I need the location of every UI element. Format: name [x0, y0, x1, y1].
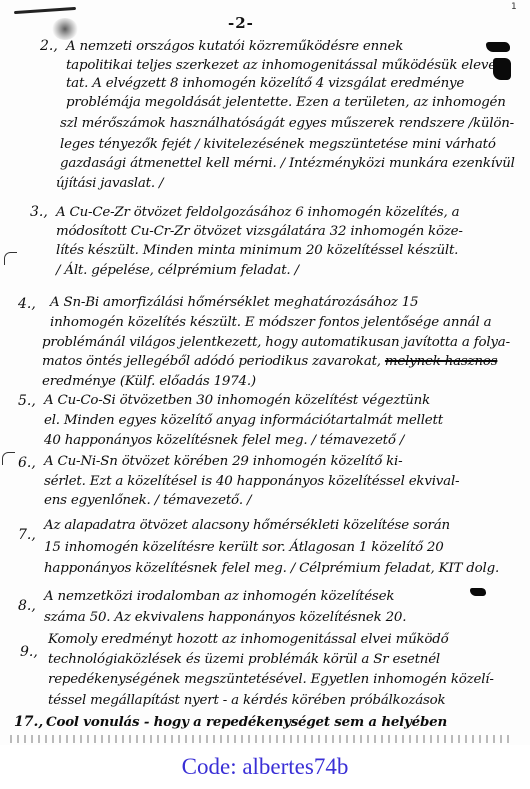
- text-line: A Sn-Bi amorfizálási hőmérséklet meghatá…: [50, 295, 418, 310]
- ink-blot: [493, 58, 511, 80]
- text-line: A Cu-Ce-Zr ötvözet feldolgozásához 6 inh…: [56, 205, 459, 220]
- item-number: 2.,: [40, 38, 58, 54]
- text-line: szl mérőszámok használhatóságát egyes mű…: [60, 116, 514, 131]
- text-line: Az alapadatra ötvözet alacsony hőmérsékl…: [44, 518, 450, 533]
- item-number: 3.,: [30, 204, 48, 220]
- text-line: gazdasági átmenettel kell mérni. / Intéz…: [60, 156, 515, 171]
- scan-noise: [10, 735, 510, 743]
- corner-mark: 1: [511, 2, 517, 12]
- text-line: A nemzeti országos kutatói közreműködésr…: [66, 39, 403, 54]
- text-line: problémája megoldását jelentette. Ezen a…: [66, 95, 506, 110]
- text-line: / Ált. gépelése, célprémium feladat. /: [56, 263, 299, 278]
- item-number: 5.,: [18, 393, 36, 409]
- scan-stroke: [14, 7, 76, 14]
- text-line: happonányos közelítésnek felel meg. / Cé…: [44, 561, 499, 576]
- item-number: 6.,: [18, 455, 36, 471]
- item-number: 4.,: [18, 296, 36, 312]
- text-line: leges tényezők fejét / kivitelezésének m…: [60, 137, 496, 152]
- struck-text: melynek hasznos: [385, 354, 497, 369]
- code-caption: Code: albertes74b: [0, 754, 530, 780]
- text-line: ens egyenlőnek. / témavezető. /: [44, 493, 251, 508]
- text-line: téssel megállapítást nyert - a kérdés kö…: [48, 693, 445, 708]
- page-number: -2-: [228, 14, 254, 32]
- text-line: 15 inhomogén közelítésre került sor. Átl…: [44, 540, 444, 555]
- margin-mark: [4, 252, 17, 265]
- item-number: 8.,: [18, 598, 36, 614]
- text-line: 40 happonányos közelítésnek felel meg. /…: [44, 433, 404, 448]
- text-line: tapolitikai teljes szerkezet az inhomoge…: [66, 58, 496, 73]
- text-line: inhomogén közelítés készült. E módszer f…: [50, 315, 491, 330]
- text-line: Komoly eredményt hozott az inhomogenitás…: [48, 632, 449, 647]
- text-line: technológiaközlések és üzemi problémák k…: [48, 652, 440, 667]
- text-line: módosított Cu-Cr-Zr ötvözet vizsgálatára…: [56, 224, 463, 239]
- text-line: A Cu-Ni-Sn ötvözet körében 29 inhomogén …: [44, 454, 402, 469]
- margin-mark: [2, 452, 15, 465]
- text-line: tat. A elvégzett 8 inhomogén közelítő 4 …: [66, 76, 464, 91]
- item-number: 9.,: [20, 644, 38, 660]
- ink-blot: [486, 42, 510, 52]
- scanned-page: -2- 1 2., A nemzeti országos kutatói köz…: [0, 0, 530, 745]
- item-number: 17.,: [14, 714, 43, 730]
- item-number: 7.,: [18, 527, 36, 543]
- text-line: Cool vonulás - hogy a repedékenységet se…: [46, 714, 447, 730]
- text-line: újítási javaslat. /: [56, 176, 163, 191]
- text-line: száma 50. Az ekvivalens happonányos köze…: [44, 610, 406, 625]
- scan-smudge: [52, 18, 78, 40]
- text-line: A Cu-Co-Si ötvözetben 30 inhomogén közel…: [44, 393, 430, 408]
- ink-blot: [470, 588, 486, 596]
- text-line: lítés készült. Minden minta minimum 20 k…: [56, 243, 458, 258]
- text-line: A nemzetközi irodalomban az inhomogén kö…: [44, 589, 394, 604]
- text-line: repedékenységének megszüntetésével. Egye…: [48, 672, 494, 687]
- text-line: sérlet. Ezt a közelítésel is 40 happonán…: [44, 474, 459, 489]
- text-line: eredménye (Külf. előadás 1974.): [42, 374, 256, 389]
- text-line: matos öntés jellegéből adódó periodikus …: [42, 354, 497, 369]
- text-line: el. Minden egyes közelítő anyag informác…: [44, 413, 443, 428]
- text-line: problémánál világos jelentkezett, hogy a…: [42, 335, 510, 350]
